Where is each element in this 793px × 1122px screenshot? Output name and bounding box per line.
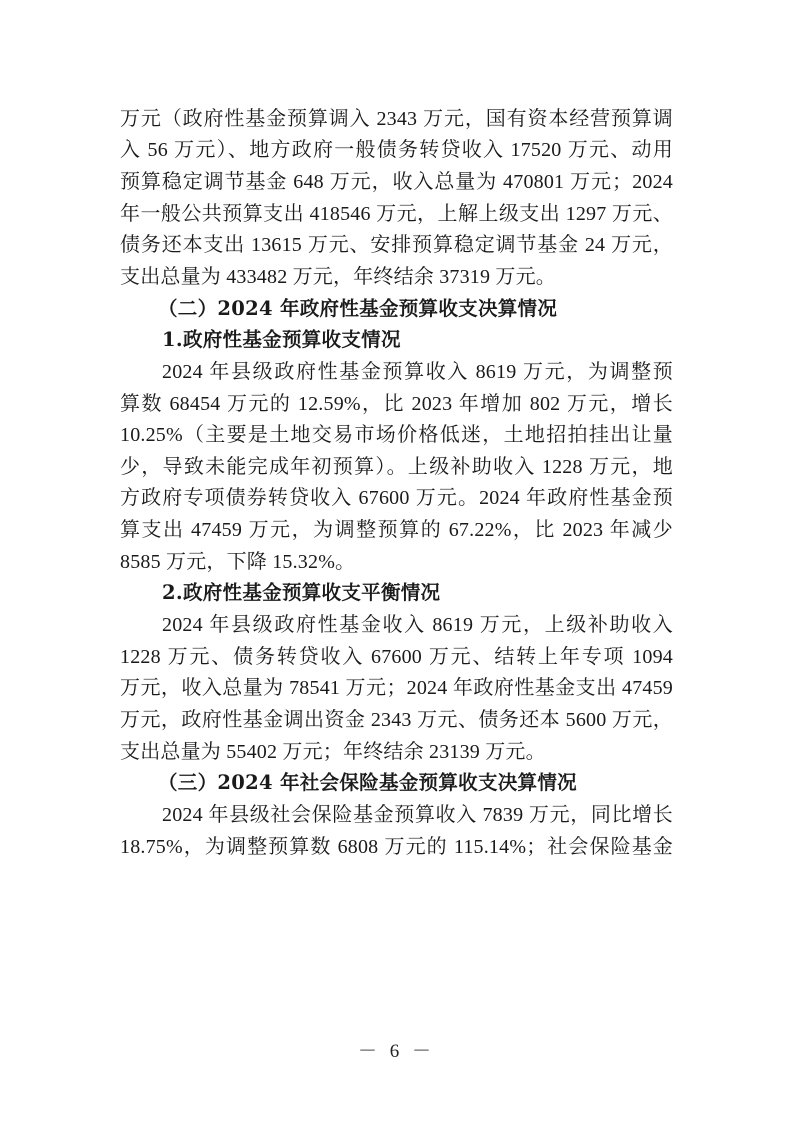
paragraph-line: 万元，收入总量为 78541 万元；2024 年政府性基金支出 47459 bbox=[120, 672, 673, 704]
paragraph-line: 8585 万元，下降 15.32%。 bbox=[120, 546, 673, 578]
section-heading-3: （三）2024 年社会保险基金预算收支决算情况 bbox=[158, 767, 711, 799]
paragraph-line: 18.75%，为调整预算数 6808 万元的 115.14%；社会保险基金 bbox=[120, 831, 673, 863]
paragraph-line: 2024 年县级政府性基金预算收入 8619 万元，为调整预 bbox=[162, 356, 673, 388]
paragraph-line: 万元（政府性基金预算调入 2343 万元，国有资本经营预算调 bbox=[120, 103, 673, 135]
paragraph-line: 算支出 47459 万元，为调整预算的 67.22%，比 2023 年减少 bbox=[120, 514, 673, 546]
subsection-heading-2-2: 2.政府性基金预算收支平衡情况 bbox=[162, 577, 673, 609]
paragraph-line: 支出总量为 433482 万元，年终结余 37319 万元。 bbox=[120, 261, 673, 293]
page-number: － 6 － bbox=[0, 1036, 793, 1063]
subsection-heading-2-1: 1.政府性基金预算收支情况 bbox=[162, 324, 673, 356]
paragraph-line: 债务还本支出 13615 万元、安排预算稳定调节基金 24 万元， bbox=[120, 229, 673, 261]
paragraph-line: 万元，政府性基金调出资金 2343 万元、债务还本 5600 万元， bbox=[120, 704, 673, 736]
section-heading-2: （二）2024 年政府性基金预算收支决算情况 bbox=[158, 293, 711, 325]
paragraph-line: 年一般公共预算支出 418546 万元，上解上级支出 1297 万元、 bbox=[120, 198, 673, 230]
paragraph-line: 算数 68454 万元的 12.59%，比 2023 年增加 802 万元，增长 bbox=[120, 388, 673, 420]
paragraph-line: 少，导致未能完成年初预算）。上级补助收入 1228 万元，地 bbox=[120, 451, 673, 483]
paragraph-line: 2024 年县级政府性基金收入 8619 万元，上级补助收入 bbox=[162, 609, 673, 641]
paragraph-line: 入 56 万元）、地方政府一般债务转贷收入 17520 万元、动用 bbox=[120, 134, 673, 166]
paragraph-line: 1228 万元、债务转贷收入 67600 万元、结转上年专项 1094 bbox=[120, 641, 673, 673]
paragraph-line: 2024 年县级社会保险基金预算收入 7839 万元，同比增长 bbox=[162, 799, 673, 831]
paragraph-line: 方政府专项债券转贷收入 67600 万元。2024 年政府性基金预 bbox=[120, 482, 673, 514]
paragraph-line: 支出总量为 55402 万元；年终结余 23139 万元。 bbox=[120, 736, 673, 768]
paragraph-line: 预算稳定调节基金 648 万元，收入总量为 470801 万元；2024 bbox=[120, 166, 673, 198]
document-page: 万元（政府性基金预算调入 2343 万元，国有资本经营预算调 入 56 万元）、… bbox=[0, 0, 793, 1122]
paragraph-line: 10.25%（主要是土地交易市场价格低迷，土地招拍挂出让量 bbox=[120, 419, 673, 451]
